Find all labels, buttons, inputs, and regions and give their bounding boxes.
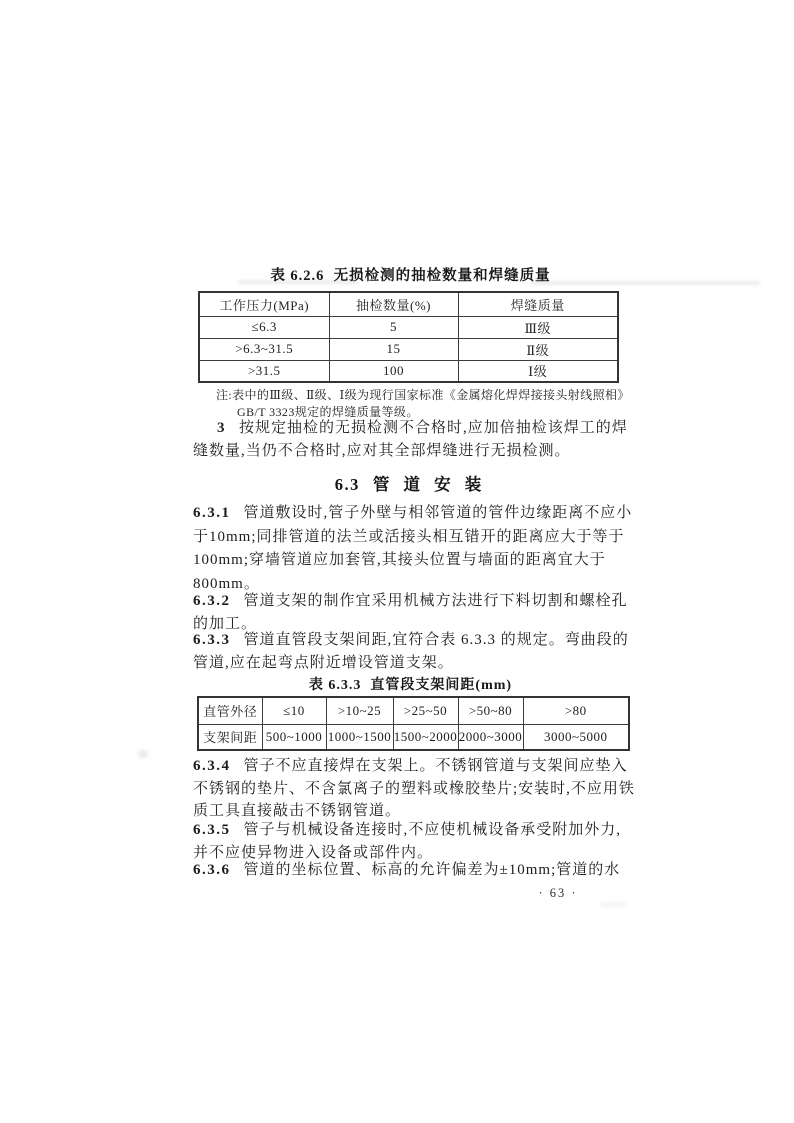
clause-number: 6.3.6 bbox=[193, 862, 231, 878]
clause-6-3-3-line: 管道,应在起弯点附近增设管道支架。 bbox=[193, 654, 454, 672]
table-header-cell: 直管外径 bbox=[198, 697, 262, 724]
table-626-note-line: 注:表中的Ⅲ级、Ⅱ级、Ⅰ级为现行国家标准《金属熔化焊焊接接头射线照相》 bbox=[216, 386, 630, 403]
table-row: >6.3~31.5 15 Ⅱ级 bbox=[199, 338, 618, 360]
table-cell: >31.5 bbox=[199, 360, 329, 382]
clause-6-3-3-line: 6.3.3管道直管段支架间距,宜符合表 6.3.3 的规定。弯曲段的 bbox=[193, 631, 629, 649]
clause-6-3-2-line: 6.3.2管道支架的制作宜采用机械方法进行下料切割和螺栓孔 bbox=[193, 592, 628, 610]
clause-text: 管道支架的制作宜采用机械方法进行下料切割和螺栓孔 bbox=[244, 593, 628, 609]
table-cell: 1000~1500 bbox=[326, 724, 393, 750]
table-626-title: 表 6.2.6 无损检测的抽检数量和焊缝质量 bbox=[193, 264, 628, 285]
table-cell: >25~50 bbox=[393, 697, 458, 724]
table-cell: 100 bbox=[329, 360, 458, 382]
table-cell: 15 bbox=[329, 338, 458, 360]
clause-6-3-1-line: 6.3.1管道敷设时,管子外壁与相邻管道的管件边缘距离不应小 bbox=[193, 504, 632, 522]
section-number: 6.3 bbox=[335, 475, 360, 494]
table-cell: >10~25 bbox=[326, 697, 393, 724]
table-626-note-line: GB/T 3323规定的焊缝质量等级。 bbox=[237, 403, 419, 420]
clause-text: 管子与机械设备连接时,不应使机械设备承受附加外力, bbox=[244, 822, 622, 838]
clause-6-3-4-line: 质工具直接敲击不锈钢管道。 bbox=[193, 802, 401, 820]
table-cell: >50~80 bbox=[458, 697, 523, 724]
scan-smudge bbox=[138, 750, 148, 758]
clause-6-3-1-line: 于10mm;同排管道的法兰或活接头相互错开的距离应大于等于 bbox=[193, 528, 625, 546]
document-page: 表 6.2.6 无损检测的抽检数量和焊缝质量 工作压力(MPa) 抽检数量(%)… bbox=[0, 0, 794, 1123]
table-cell: Ⅰ级 bbox=[458, 360, 618, 382]
table-header-cell: 工作压力(MPa) bbox=[199, 292, 329, 316]
table-cell: Ⅲ级 bbox=[458, 316, 618, 338]
clause-text: 管子不应直接焊在支架上。不锈钢管道与支架间应垫入 bbox=[244, 758, 628, 774]
clause-6-3-5-line: 并不应使异物进入设备或部件内。 bbox=[193, 844, 433, 862]
table-633: 直管外径 ≤10 >10~25 >25~50 >50~80 >80 支架间距 5… bbox=[197, 696, 630, 751]
table-row: >31.5 100 Ⅰ级 bbox=[199, 360, 618, 382]
clause-text: 管道的坐标位置、标高的允许偏差为±10mm;管道的水 bbox=[244, 862, 621, 878]
section-title: 管 道 安 装 bbox=[373, 475, 486, 494]
table-header-cell: 支架间距 bbox=[198, 724, 262, 750]
clause-number: 3 bbox=[217, 420, 226, 436]
table-row: ≤6.3 5 Ⅲ级 bbox=[199, 316, 618, 338]
table-626: 工作压力(MPa) 抽检数量(%) 焊缝质量 ≤6.3 5 Ⅲ级 >6.3~31… bbox=[198, 291, 619, 383]
table-633-title: 表 6.3.3 直管段支架间距(mm) bbox=[193, 674, 628, 694]
clause-number: 6.3.2 bbox=[193, 593, 231, 609]
table-header-cell: 抽检数量(%) bbox=[329, 292, 458, 316]
table-cell: 3000~5000 bbox=[523, 724, 629, 750]
clause-text: 管道敷设时,管子外壁与相邻管道的管件边缘距离不应小 bbox=[244, 505, 633, 521]
clause-6-3-6-line: 6.3.6管道的坐标位置、标高的允许偏差为±10mm;管道的水 bbox=[193, 861, 620, 879]
table-cell: >80 bbox=[523, 697, 629, 724]
table-row: 支架间距 500~1000 1000~1500 1500~2000 2000~3… bbox=[198, 724, 629, 750]
scan-smudge bbox=[600, 902, 626, 907]
table-cell: 2000~3000 bbox=[458, 724, 523, 750]
clause-6-3-4-line: 不锈钢的垫片、不含氯离子的塑料或橡胶垫片;安装时,不应用铁 bbox=[193, 780, 635, 798]
clause-6-3-1-line: 100mm;穿墙管道应加套管,其接头位置与墙面的距离宜大于 bbox=[193, 551, 606, 569]
page-number: · 63 · bbox=[528, 886, 588, 901]
table-cell: 1500~2000 bbox=[393, 724, 458, 750]
clause-number: 6.3.1 bbox=[193, 505, 231, 521]
table-cell: Ⅱ级 bbox=[458, 338, 618, 360]
clause-text: 管道直管段支架间距,宜符合表 6.3.3 的规定。弯曲段的 bbox=[244, 632, 629, 648]
table-cell: ≤6.3 bbox=[199, 316, 329, 338]
paragraph-3-line: 缝数量,当仍不合格时,应对其全部焊缝进行无损检测。 bbox=[193, 442, 571, 460]
clause-6-3-5-line: 6.3.5管子与机械设备连接时,不应使机械设备承受附加外力, bbox=[193, 821, 621, 839]
clause-6-3-4-line: 6.3.4管子不应直接焊在支架上。不锈钢管道与支架间应垫入 bbox=[193, 757, 628, 775]
table-header-cell: 焊缝质量 bbox=[458, 292, 618, 316]
section-heading-6-3: 6.3管 道 安 装 bbox=[193, 471, 628, 495]
table-626-header-row: 工作压力(MPa) 抽检数量(%) 焊缝质量 bbox=[199, 292, 618, 316]
clause-text: 按规定抽检的无损检测不合格时,应加倍抽检该焊工的焊 bbox=[239, 420, 628, 436]
paragraph-3-line: 3按规定抽检的无损检测不合格时,应加倍抽检该焊工的焊 bbox=[217, 419, 628, 437]
table-cell: 500~1000 bbox=[262, 724, 326, 750]
table-row: 直管外径 ≤10 >10~25 >25~50 >50~80 >80 bbox=[198, 697, 629, 724]
table-cell: >6.3~31.5 bbox=[199, 338, 329, 360]
clause-6-3-1-line: 800mm。 bbox=[193, 575, 260, 593]
clause-number: 6.3.3 bbox=[193, 632, 231, 648]
table-cell: 5 bbox=[329, 316, 458, 338]
clause-number: 6.3.5 bbox=[193, 822, 231, 838]
clause-number: 6.3.4 bbox=[193, 758, 231, 774]
table-cell: ≤10 bbox=[262, 697, 326, 724]
